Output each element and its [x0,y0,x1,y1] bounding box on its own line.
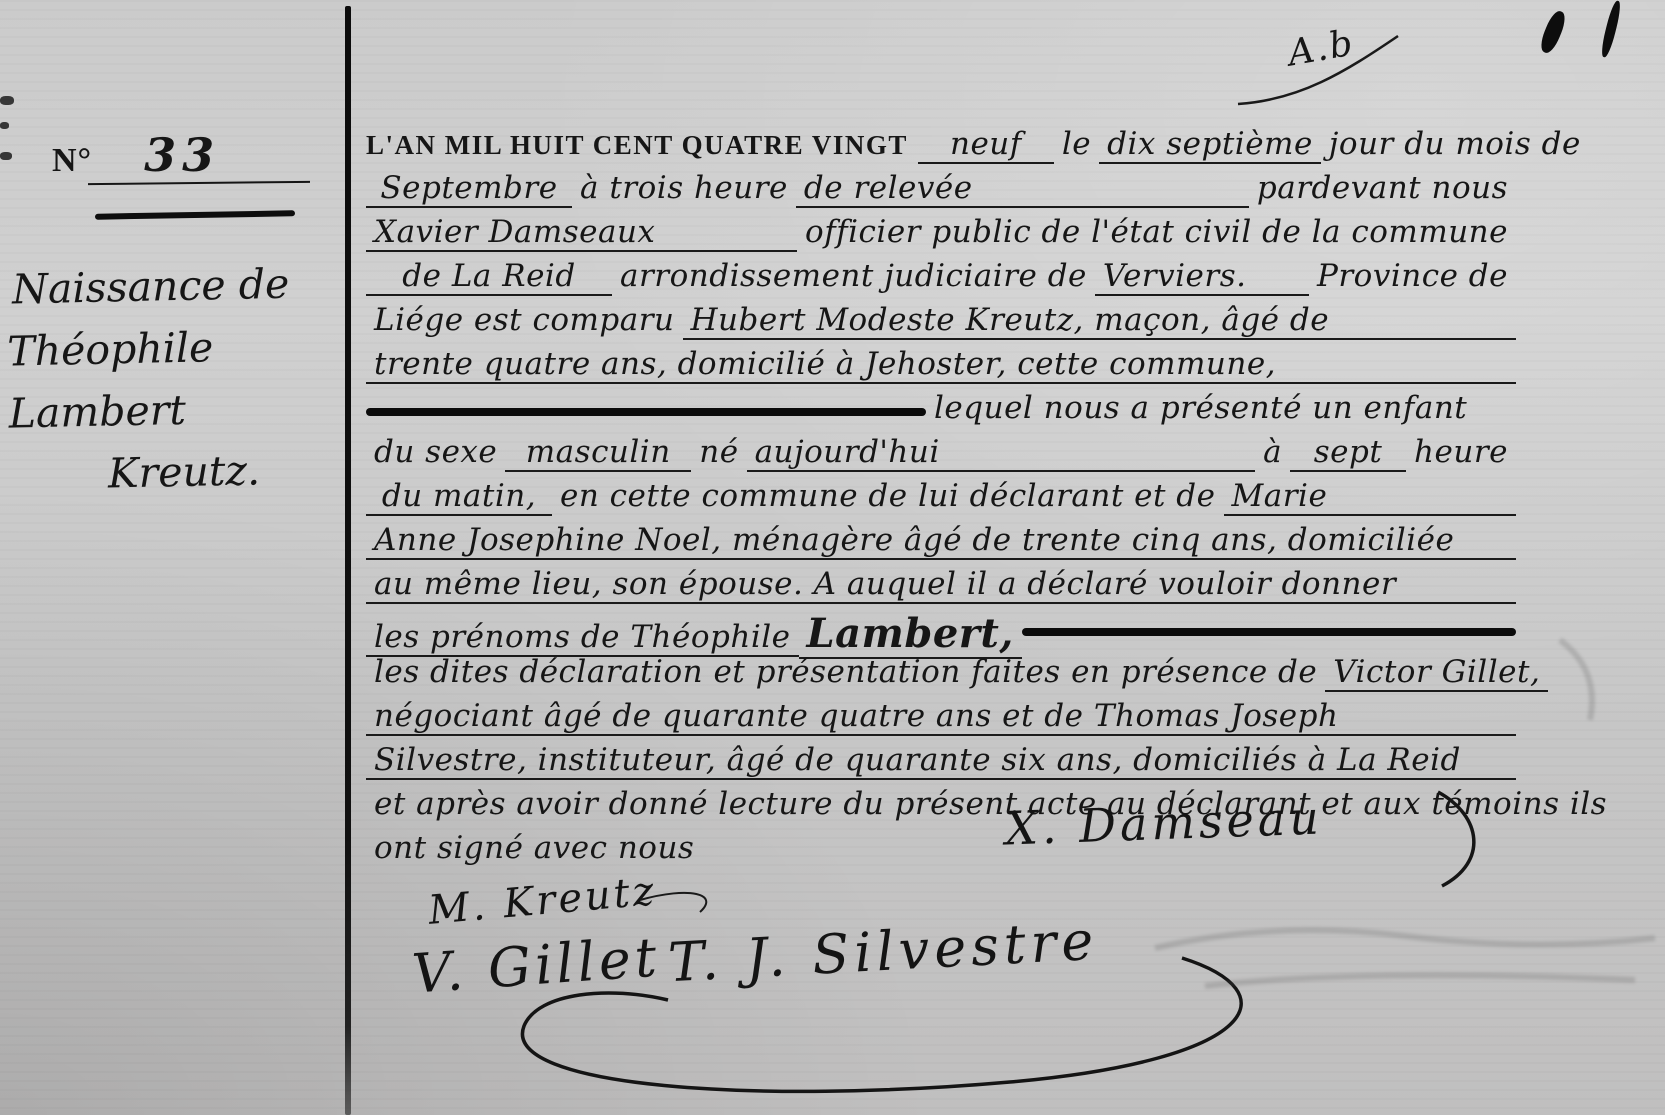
margin-title: Naissance de Théophile Lambert Kreutz. [11,252,346,507]
act-line-14: négociant âgé de quarante quatre ans et … [366,698,1516,742]
ink-mark [1537,9,1568,56]
scan-edge-smudge [0,96,14,105]
act-line-8: du sexemasculinnéaujourd'huiàseptheure [366,434,1516,478]
margin-column: N°33 Naissance de Théophile Lambert Kreu… [0,0,345,1115]
act-number-label: N° [52,142,92,179]
handwritten-text: trente quatre ans, domicilié à Jehoster,… [366,346,1516,384]
act-line-17: ont signé avec nous [366,830,1516,874]
handwritten-text: les dites déclaration et présentation fa… [366,654,1325,690]
handwritten-text: Xavier Damseaux [366,214,797,252]
handwritten-text: Victor Gillet, [1325,654,1548,692]
act-line-3: Xavier Damseauxofficier public de l'état… [366,214,1516,258]
handwritten-text: en cette commune de lui déclarant et de [552,478,1224,514]
handwritten-text: pardevant nous [1249,170,1516,206]
handwritten-text: Verviers. [1095,258,1309,296]
act-line-13: les dites déclaration et présentation fa… [366,654,1516,698]
ink-mark [1599,0,1623,58]
handwritten-text: de relevée [796,170,1249,208]
handwritten-text: Hubert Modeste Kreutz, maçon, âgé de [683,302,1517,340]
handwritten-text: à trois heure [572,170,796,206]
handwritten-text: arrondissement judiciaire de [612,258,1095,294]
handwritten-text: Marie [1224,478,1517,516]
handwritten-text: Lambert, [799,610,1022,659]
act-number-row: N°33 [52,128,322,182]
handwritten-text: Septembre [366,170,572,208]
handwritten-text: négociant âgé de quarante quatre ans et … [366,698,1516,736]
handwritten-text: Silvestre, instituteur, âgé de quarante … [366,742,1516,780]
handwritten-text: Anne Josephine Noel, ménagère âgé de tre… [366,522,1516,560]
handwritten-text: sept [1290,434,1406,472]
signature-witness1: V. Gillet [410,925,662,1005]
act-line-15: Silvestre, instituteur, âgé de quarante … [366,742,1516,786]
act-line-2: Septembreà trois heurede relevéepardevan… [366,170,1516,214]
column-divider-rule [345,6,351,1115]
handwritten-text: masculin [505,434,691,472]
handwritten-text: Province de [1309,258,1516,294]
act-line-4: de La Reidarrondissement judiciaire deVe… [366,258,1516,302]
handwritten-text: aujourd'hui [747,434,1256,472]
signature-witness2: T. J. Silvestre [667,909,1100,994]
act-line-16: et après avoir donné lecture du présent … [366,786,1516,830]
handwritten-text: du sexe [366,434,505,470]
handwritten-text: du matin, [366,478,552,516]
scan-edge-smudge [0,152,12,160]
act-line-5: Liége est comparuHubert Modeste Kreutz, … [366,302,1516,346]
handwritten-text: Liége est comparu [366,302,683,338]
handwritten-text: neuf [918,126,1054,164]
act-line-12: les prénoms de ThéophileLambert, [366,610,1516,654]
handwritten-text: à [1255,434,1290,470]
act-line-11: au même lieu, son épouse. A auquel il a … [366,566,1516,610]
document-scan: N°33 Naissance de Théophile Lambert Kreu… [0,0,1665,1115]
ink-strike-bar [1022,628,1516,636]
act-line-7: lequel nous a présenté un enfant [366,390,1516,434]
handwritten-text: jour du mois de [1321,126,1589,162]
signature-declarant: M. Kreutz [426,868,658,934]
margin-title-line1: Naissance de [11,252,342,321]
handwritten-text: officier public de l'état civil de la co… [797,214,1516,250]
act-line-6: trente quatre ans, domicilié à Jehoster,… [366,346,1516,390]
act-line-9: du matin,en cette commune de lui déclara… [366,478,1516,522]
signature-officer: X. Damseau [1004,790,1323,855]
handwritten-text: né [691,434,746,470]
handwritten-text: le [1054,126,1099,162]
handwritten-text: et après avoir donné lecture du présent … [366,786,1615,822]
act-line-1: L'AN MIL HUIT CENT QUATRE VINGTneufledix… [366,126,1516,170]
act-body: L'AN MIL HUIT CENT QUATRE VINGTneufledix… [366,126,1516,874]
handwritten-text: heure [1406,434,1516,470]
paraph-initials: A.b [1285,23,1358,75]
handwritten-text: ont signé avec nous [366,830,702,866]
printed-form-text: L'AN MIL HUIT CENT QUATRE VINGT [366,130,918,161]
margin-title-line3: Kreutz. [107,438,346,505]
handwritten-text: au même lieu, son épouse. A auquel il a … [366,566,1516,604]
act-line-10: Anne Josephine Noel, ménagère âgé de tre… [366,522,1516,566]
handwritten-text: de La Reid [366,258,612,296]
act-number-value: 33 [144,128,220,182]
margin-title-line2: Théophile Lambert [7,314,346,445]
handwritten-text: lequel nous a présenté un enfant [926,390,1475,426]
margin-strike-bar [95,210,295,219]
handwritten-text: les prénoms de Théophile [366,619,799,657]
scan-edge-smudge [0,122,9,129]
ink-strike-bar [366,408,926,416]
handwritten-text: dix septième [1099,126,1321,164]
